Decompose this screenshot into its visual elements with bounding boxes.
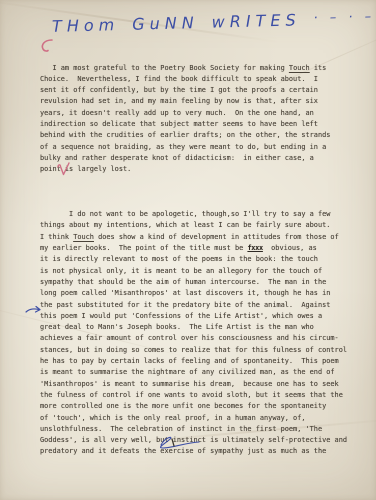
typed-line: sympathy that should be the aim of human… — [40, 277, 365, 288]
header-dots: · – · – — [313, 9, 375, 26]
paragraph-1: I am most grateful to the Poetry Book So… — [40, 63, 365, 176]
typed-line: sent it off confidently, but by the time… — [40, 85, 365, 96]
underlined-word: Touch — [289, 64, 310, 72]
header-word: GuNN — [132, 13, 199, 34]
paragraph-2: I do not want to be apologetic, though,s… — [40, 209, 365, 458]
typed-line: I think Touch does show a kind of develo… — [40, 232, 365, 243]
typed-line: great deal to Mann's Joseph books. The L… — [40, 322, 365, 333]
typed-line: more controlled one is the more unfit on… — [40, 401, 365, 412]
typed-line: is meant to summarise the nightmare of a… — [40, 367, 365, 378]
typed-line: indirection so delicate that subject mat… — [40, 119, 365, 130]
typed-line: it is directly relevant to most of the p… — [40, 254, 365, 265]
typed-line: 'Misanthropos' is meant to summarise his… — [40, 379, 365, 390]
typed-line: stances, but in doing so comes to realiz… — [40, 345, 365, 356]
typed-line: things about my intentions, which at lea… — [40, 220, 365, 231]
handwritten-header: THomGuNNwRITES· – · –)HAND — [52, 3, 376, 42]
typed-line: this poem I would put 'Confessions of th… — [40, 311, 365, 322]
typed-line: Choice. Nevertheless, I find the book di… — [40, 74, 365, 85]
header-word: THom — [52, 15, 120, 36]
typed-line: achieves a fair amount of control over h… — [40, 333, 365, 344]
header-word: wRITES — [211, 10, 300, 31]
typed-text-block: I am most grateful to the Poetry Book So… — [40, 40, 365, 480]
underlined-word: Touch — [73, 233, 94, 241]
typed-line: he has to pay by certain lacks of feelin… — [40, 356, 365, 367]
typed-line: of 'touch', which is the only real proof… — [40, 413, 365, 424]
typed-line: the past substituted for it the predator… — [40, 300, 365, 311]
typed-line: is not physical only, it is meant to be … — [40, 266, 365, 277]
typed-line: I am most grateful to the Poetry Book So… — [40, 63, 365, 74]
typed-line: long poem called 'Misanthropos' at last … — [40, 288, 365, 299]
typed-line: of a sequence not braiding, as they were… — [40, 142, 365, 153]
typed-line: point is largely lost. — [40, 164, 365, 175]
typed-line: years, it doesn't really add up to very … — [40, 108, 365, 119]
struck-word: fxxx — [247, 244, 262, 252]
typed-line: revulsion had set in, and my main feelin… — [40, 96, 365, 107]
typed-line: my earlier books. The point of the title… — [40, 243, 365, 254]
typescript-page: THomGuNNwRITES· – · –)HAND I am most gra… — [0, 0, 376, 500]
typed-line: I do not want to be apologetic, though,s… — [40, 209, 365, 220]
typed-line: the fulness of control if one wants to a… — [40, 390, 365, 401]
typed-line: predatory and it defeats the exercise of… — [40, 446, 365, 457]
typed-line: bulky and rather desperate knot of didac… — [40, 153, 365, 164]
typed-line: unslothfulness. The celebration of insti… — [40, 424, 365, 435]
typed-line: behind with the crudities of earlier dra… — [40, 130, 365, 141]
typed-line: Goddess', is all very well, but instinct… — [40, 435, 365, 446]
